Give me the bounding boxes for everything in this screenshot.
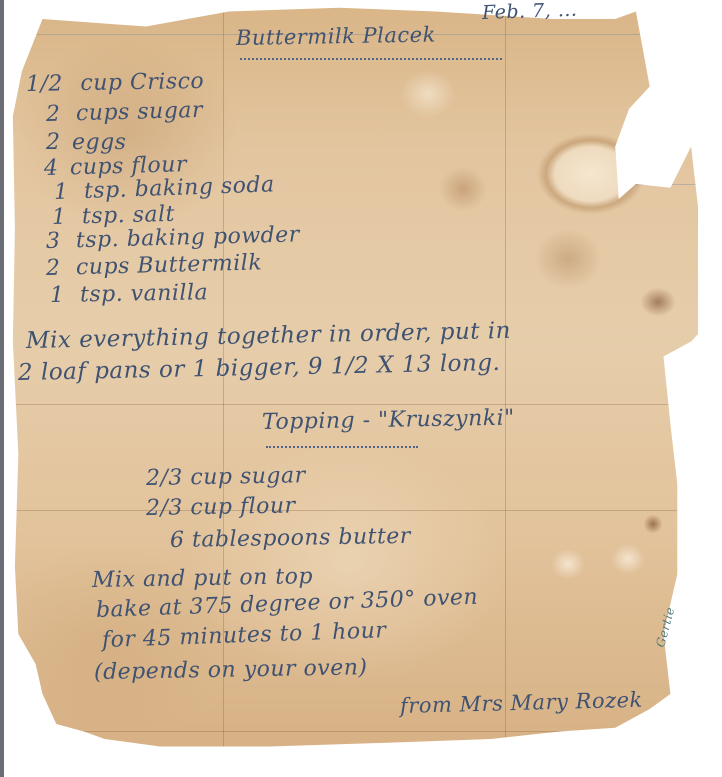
ingredient-line: 1/2 cup Crisco bbox=[26, 69, 205, 97]
topping-direction: (depends on your oven) bbox=[94, 655, 368, 685]
ingredient-qty: 4 bbox=[44, 156, 59, 181]
fold-crease bbox=[8, 404, 698, 405]
topping-title: Topping - "Kruszynki" bbox=[262, 406, 515, 435]
ingredient-qty: 1 bbox=[54, 180, 69, 205]
scan-background: Feb. 7, ... Buttermilk Placek 1/2 cup Cr… bbox=[0, 0, 722, 777]
ingredient-item: cup Crisco bbox=[80, 69, 204, 96]
ingredient-qty: 1 bbox=[52, 205, 67, 230]
topping-item: 2/3 cup flour bbox=[146, 493, 296, 521]
fold-crease bbox=[8, 731, 698, 732]
ingredient-line: 2 eggs bbox=[46, 130, 126, 155]
ingredient-item: eggs bbox=[72, 130, 126, 155]
ingredient-qty: 1/2 bbox=[26, 71, 63, 97]
title-underline bbox=[240, 58, 502, 60]
topping-item: 6 tablespoons butter bbox=[170, 524, 411, 553]
ingredient-item: tsp. vanilla bbox=[80, 280, 209, 307]
fold-crease bbox=[8, 510, 698, 511]
topping-item: 2/3 cup sugar bbox=[146, 463, 306, 491]
ingredient-line: 2 cups sugar bbox=[46, 98, 204, 127]
ruled-line bbox=[628, 184, 698, 185]
ingredient-qty: 3 bbox=[46, 229, 61, 254]
fold-crease bbox=[505, 4, 506, 754]
topping-direction: Mix and put on top bbox=[92, 564, 313, 593]
ingredient-item: cups Buttermilk bbox=[76, 250, 263, 280]
scanner-edge bbox=[0, 0, 4, 777]
topping-underline bbox=[266, 446, 418, 448]
ingredient-qty: 2 bbox=[46, 130, 61, 155]
ingredient-qty: 1 bbox=[50, 283, 65, 308]
ingredient-item: cups sugar bbox=[76, 98, 204, 126]
ingredient-line: 1 tsp. vanilla bbox=[50, 280, 209, 308]
recipe-date: Feb. 7, ... bbox=[482, 0, 578, 24]
ingredient-qty: 2 bbox=[46, 256, 61, 281]
ingredient-qty: 2 bbox=[46, 102, 61, 127]
recipe-title: Buttermilk Placek bbox=[236, 23, 436, 50]
